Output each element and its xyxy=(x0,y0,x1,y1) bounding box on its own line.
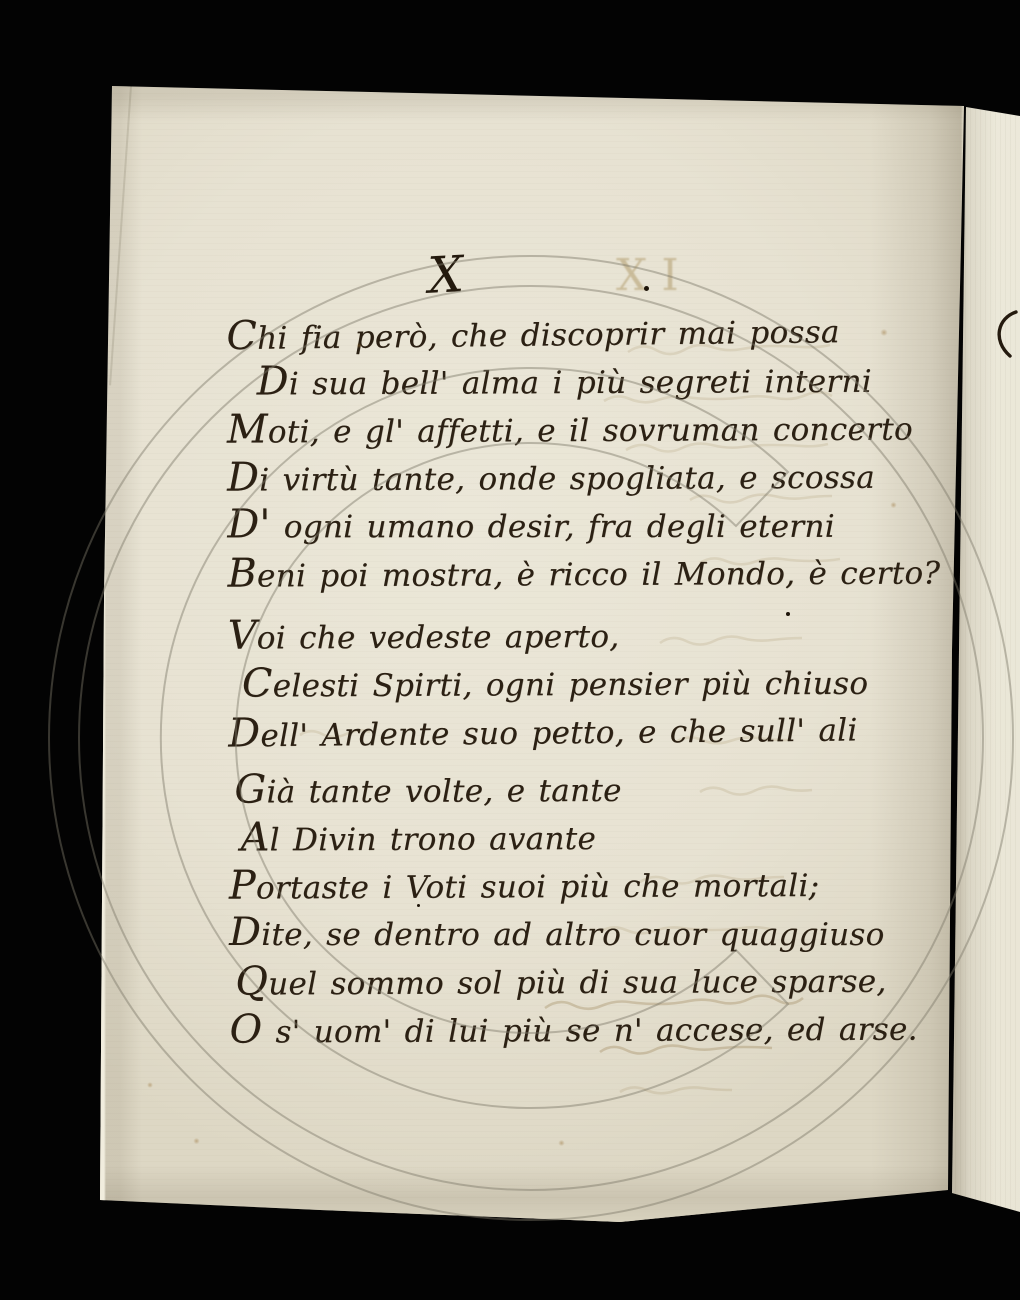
poem-line: Portaste i Voti suoi più che mortali; xyxy=(229,860,959,911)
poem-line: O s' uom' di lui più se n' accese, ed ar… xyxy=(229,1004,959,1055)
poem-line: Beni poi mostra, è ricco il Mondo, è cer… xyxy=(227,548,957,599)
manuscript-page: X XI Chi fia però, che discoprir mai pos… xyxy=(0,0,1020,1300)
poem-line: Di sua bell' alma i più segreti interni xyxy=(257,356,957,407)
foxing-spot xyxy=(356,343,362,348)
poem-line: Quel sommo sol più di sua luce sparse, xyxy=(235,956,959,1007)
photo-background: X XI Chi fia però, che discoprir mai pos… xyxy=(0,0,1020,1300)
poem-line: D' ogni umano desir, fra degli eterni xyxy=(227,502,957,551)
ink-fleck xyxy=(644,286,649,291)
foxing-spot xyxy=(193,1138,200,1144)
poem-line: Dell' Ardente suo petto, e che sull' ali xyxy=(228,704,958,759)
poem-line: Dite, se dentro ad altro cuor quaggiuso xyxy=(229,910,959,958)
poem-line: Celesti Spirti, ogni pensier più chiuso xyxy=(242,658,958,709)
foxing-spot xyxy=(558,1140,565,1146)
poem-line: Moti, e gl' affetti, e il sovruman conce… xyxy=(227,404,957,455)
poem-line: Voi che vedeste aperto, xyxy=(228,610,958,661)
poem-text: Chi fia però, che discoprir mai possa Di… xyxy=(226,308,959,1055)
bleedthrough-numeral: XI xyxy=(616,250,693,301)
poem-line: Già tante volte, e tante xyxy=(234,764,958,815)
foxing-spot xyxy=(890,502,897,508)
foxing-spot xyxy=(147,1082,153,1088)
poem-line: Di virtù tante, onde spogliata, e scossa xyxy=(227,452,957,503)
poem-line: Al Divin trono avante xyxy=(241,812,959,863)
ink-fleck xyxy=(417,904,420,907)
poem-line: Chi fia però, che discoprir mai possa xyxy=(226,306,956,362)
ink-fleck xyxy=(786,612,790,616)
section-numeral: X xyxy=(427,245,466,305)
foxing-spot xyxy=(880,329,888,336)
